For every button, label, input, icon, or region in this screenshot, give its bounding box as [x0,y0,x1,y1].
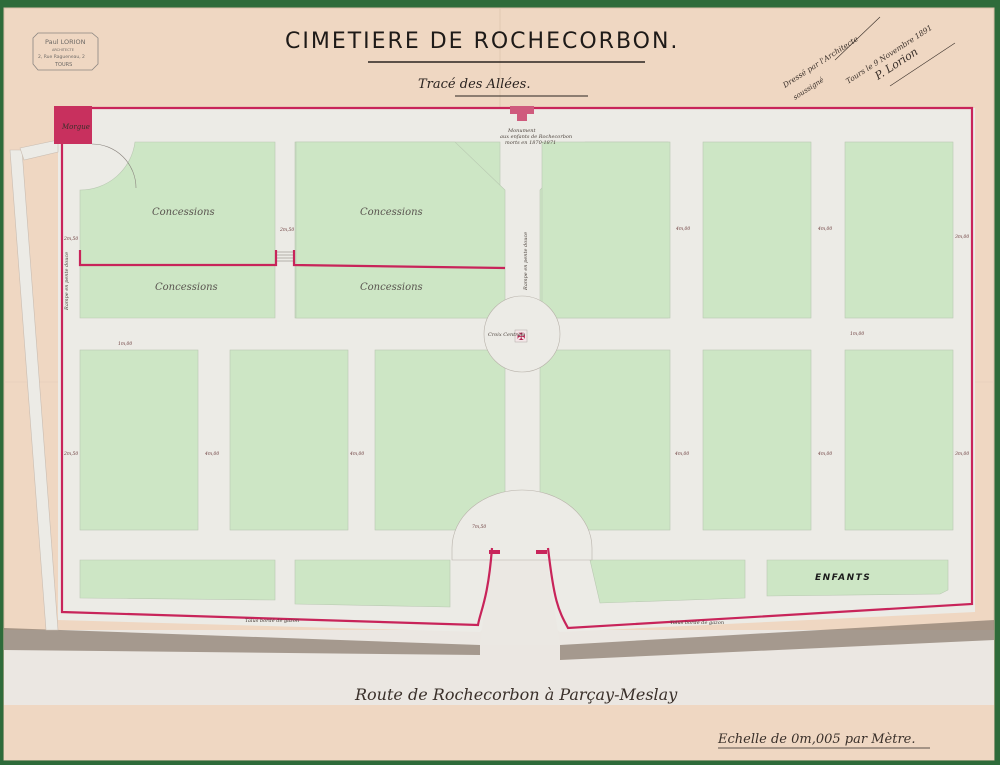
bottom-right-note: Talus bordé de gazon [670,619,724,626]
concessions-label: Concessions [155,282,218,293]
morgue-label: Morgue [61,123,90,131]
svg-text:3m,00: 3m,00 [955,234,969,240]
plot-bottom-2 [295,560,450,607]
left-ramp-note: Rampe en pente douce [64,252,70,311]
plot-mid-2 [230,350,348,530]
plot-top-right-1 [542,142,670,318]
bottom-left-note: Talus bordé de gazon [245,617,299,624]
svg-text:4m,00: 4m,00 [817,451,832,457]
svg-text:7m,50: 7m,50 [472,524,486,530]
scale-label: Echelle de 0m,005 par Mètre. [717,732,916,747]
svg-text:4m,00: 4m,00 [204,451,219,457]
svg-text:2, Rue Ragueneau, 2: 2, Rue Ragueneau, 2 [38,54,85,60]
svg-text:3m,00: 3m,00 [955,451,969,457]
monument-note-3: morts en 1870-1871 [505,140,556,146]
svg-text:4m,00: 4m,00 [675,226,690,232]
svg-text:2m,50: 2m,50 [63,236,78,242]
svg-text:TOURS: TOURS [54,62,72,68]
svg-text:4m,00: 4m,00 [674,451,689,457]
plot-mid-1 [80,350,198,530]
plot-bottom-1 [80,560,275,600]
cemetery-plan: Morgue Monument aux enfants de Rochecorb… [0,0,1000,765]
map-title: CIMETIERE DE ROCHECORBON. [285,29,679,54]
plot-mid-5 [703,350,811,530]
svg-text:ARCHITECTE: ARCHITECTE [52,48,74,52]
concessions-label: Concessions [360,207,423,218]
svg-text:2m,50: 2m,50 [63,451,78,457]
enfants-label: ENFANTS [815,573,871,583]
map-subtitle: Tracé des Allées. [418,77,530,92]
road-label: Route de Rochecorbon à Parçay-Meslay [354,685,678,704]
svg-text:4m,00: 4m,00 [817,226,832,232]
plot-top-right-3 [845,142,953,318]
svg-text:4m,00: 4m,00 [349,451,364,457]
plot-bottom-3 [590,560,745,603]
concessions-label: Concessions [152,207,215,218]
svg-text:1m,00: 1m,00 [850,331,864,337]
concessions-label: Concessions [360,282,423,293]
svg-text:Paul LORION: Paul LORION [45,38,86,46]
plot-mid-6 [845,350,953,530]
plot-top-right-2 [703,142,811,318]
central-ramp-note: Rampe en pente douce [523,232,529,291]
croix-label: Croix Centrale [488,332,525,338]
svg-text:2m,50: 2m,50 [279,227,294,233]
svg-text:1m,00: 1m,00 [118,341,132,347]
